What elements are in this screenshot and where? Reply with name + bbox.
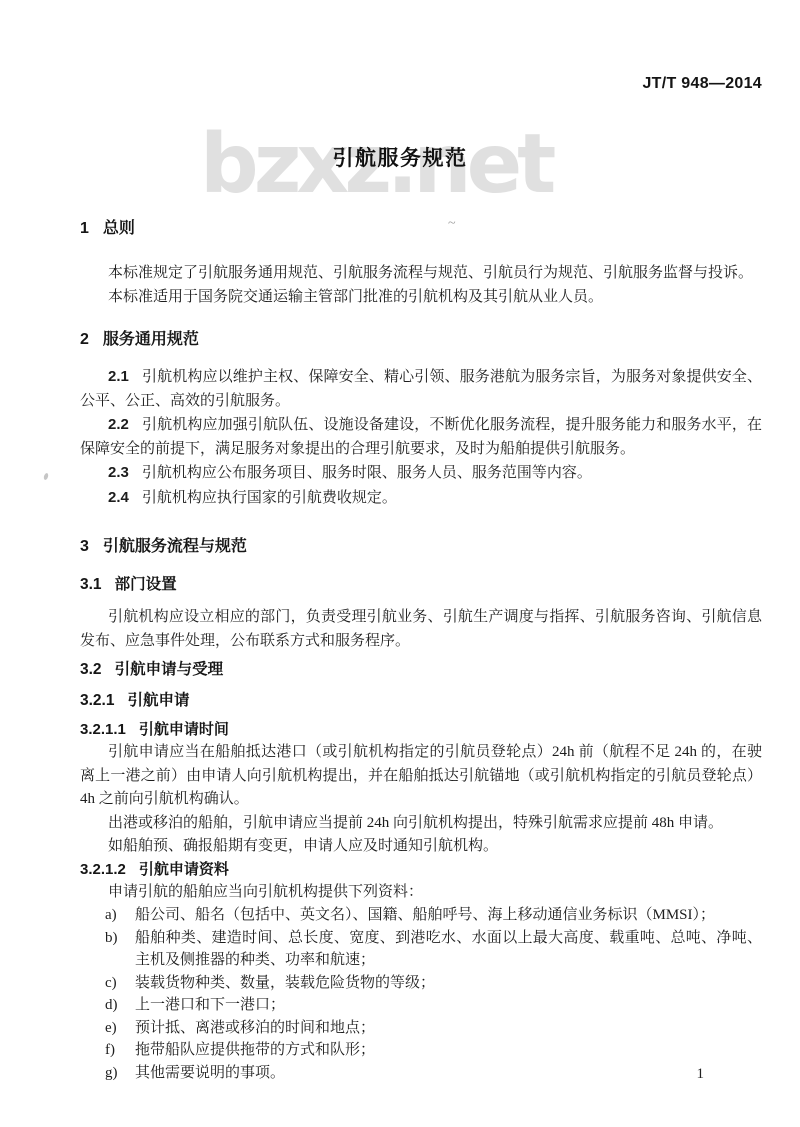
heading-number: 3.2.1.1 bbox=[80, 721, 126, 738]
section-heading-3: 3引航服务流程与规范 bbox=[80, 536, 762, 558]
document-page: bzxz.net ~ JT/T 948—2014 引航服务规范 1总则 本标准规… bbox=[0, 0, 800, 1127]
list-marker: b) bbox=[105, 927, 118, 950]
application-materials-list: a)船公司、船名（包括中、英文名）、国籍、船舶呼号、海上移动通信业务标识（MMS… bbox=[80, 904, 762, 1084]
subsection-heading-3-2-1-1: 3.2.1.1引航申请时间 bbox=[80, 719, 762, 741]
subsection-heading-3-2-1: 3.2.1引航申请 bbox=[80, 690, 762, 712]
list-item-b: b)船舶种类、建造时间、总长度、宽度、到港吃水、水面以上最大高度、载重吨、总吨、… bbox=[80, 927, 762, 972]
heading-number: 3 bbox=[80, 538, 89, 555]
heading-label: 引航申请 bbox=[127, 692, 189, 709]
list-item-text: 船公司、船名（包括中、英文名）、国籍、船舶呼号、海上移动通信业务标识（MMSI）… bbox=[135, 907, 715, 923]
list-marker: f) bbox=[105, 1039, 115, 1062]
paragraph-departments: 引航机构应设立相应的部门，负责受理引航业务、引航生产调度与指挥、引航服务咨询、引… bbox=[80, 606, 762, 653]
section-heading-2: 2服务通用规范 bbox=[80, 329, 762, 351]
heading-number: 3.2.1 bbox=[80, 692, 114, 709]
list-item-text: 船舶种类、建造时间、总长度、宽度、到港吃水、水面以上最大高度、载重吨、总吨、净吨… bbox=[135, 930, 762, 969]
list-item-text: 装载货物种类、数量，装载危险货物的等级； bbox=[135, 975, 435, 991]
heading-label: 部门设置 bbox=[115, 576, 177, 593]
page-number: 1 bbox=[697, 1066, 705, 1083]
clause-number: 2.2 bbox=[108, 416, 129, 433]
list-item-g: g)其他需要说明的事项。 bbox=[80, 1062, 762, 1085]
paragraph-application-time-3: 如船舶预、确报船期有变更，申请人应及时通知引航机构。 bbox=[80, 835, 762, 859]
list-item-e: e)预计抵、离港或移泊的时间和地点； bbox=[80, 1017, 762, 1040]
heading-label: 总则 bbox=[103, 220, 135, 237]
paragraph-application-time-1: 引航申请应当在船舶抵达港口（或引航机构指定的引航员登轮点）24h 前（航程不足 … bbox=[80, 741, 762, 812]
clause-number: 2.1 bbox=[108, 368, 129, 385]
list-marker: e) bbox=[105, 1017, 117, 1040]
list-item-a: a)船公司、船名（包括中、英文名）、国籍、船舶呼号、海上移动通信业务标识（MMS… bbox=[80, 904, 762, 927]
heading-label: 引航申请资料 bbox=[139, 861, 229, 878]
heading-label: 引航申请时间 bbox=[139, 721, 229, 738]
clause-text: 引航机构应以维护主权、保障安全、精心引领、服务港航为服务宗旨，为服务对象提供安全… bbox=[80, 369, 762, 409]
clause-2-3: 2.3引航机构应公布服务项目、服务时限、服务人员、服务范围等内容。 bbox=[80, 461, 762, 486]
heading-label: 引航服务流程与规范 bbox=[103, 538, 247, 555]
list-marker: c) bbox=[105, 972, 117, 995]
heading-number: 3.2.1.2 bbox=[80, 861, 126, 878]
paragraph-application-time-2: 出港或移泊的船舶，引航申请应当提前 24h 向引航机构提出，特殊引航需求应提前 … bbox=[80, 812, 762, 836]
standard-code: JT/T 948—2014 bbox=[642, 75, 762, 92]
list-item-d: d)上一港口和下一港口； bbox=[80, 994, 762, 1017]
heading-number: 1 bbox=[80, 220, 89, 237]
list-marker: a) bbox=[105, 904, 117, 927]
paragraph-applicability: 本标准适用于国务院交通运输主管部门批准的引航机构及其引航从业人员。 bbox=[80, 286, 762, 310]
subsection-heading-3-1: 3.1部门设置 bbox=[80, 574, 762, 596]
clause-number: 2.4 bbox=[108, 489, 129, 506]
clause-2-4: 2.4引航机构应执行国家的引航费收规定。 bbox=[80, 486, 762, 511]
list-item-text: 其他需要说明的事项。 bbox=[135, 1065, 285, 1081]
section-heading-1: 1总则 bbox=[80, 218, 762, 240]
document-title: 引航服务规范 bbox=[333, 144, 468, 174]
heading-number: 3.1 bbox=[80, 576, 102, 593]
title-row: 引航服务规范 bbox=[0, 144, 800, 176]
page-content: JT/T 948—2014 引航服务规范 1总则 本标准规定了引航服务通用规范、… bbox=[0, 0, 800, 1084]
clause-2-2: 2.2引航机构应加强引航队伍、设施设备建设，不断优化服务流程，提升服务能力和服务… bbox=[80, 413, 762, 461]
clause-2-1: 2.1引航机构应以维护主权、保障安全、精心引领、服务港航为服务宗旨，为服务对象提… bbox=[80, 365, 762, 413]
list-item-f: f)拖带船队应提供拖带的方式和队形； bbox=[80, 1039, 762, 1062]
heading-label: 服务通用规范 bbox=[103, 331, 199, 348]
clause-text: 引航机构应加强引航队伍、设施设备建设，不断优化服务流程，提升服务能力和服务水平，… bbox=[80, 417, 762, 457]
list-marker: g) bbox=[105, 1062, 118, 1085]
page-header: JT/T 948—2014 bbox=[80, 74, 762, 94]
heading-number: 3.2 bbox=[80, 661, 102, 678]
list-item-text: 预计抵、离港或移泊的时间和地点； bbox=[135, 1020, 375, 1036]
list-item-text: 拖带船队应提供拖带的方式和队形； bbox=[135, 1042, 375, 1058]
list-marker: d) bbox=[105, 994, 118, 1017]
list-item-c: c)装载货物种类、数量，装载危险货物的等级； bbox=[80, 972, 762, 995]
paragraph-materials-intro: 申请引航的船舶应当向引航机构提供下列资料： bbox=[80, 881, 762, 905]
paragraph-scope: 本标准规定了引航服务通用规范、引航服务流程与规范、引航员行为规范、引航服务监督与… bbox=[80, 262, 762, 286]
clause-text: 引航机构应执行国家的引航费收规定。 bbox=[142, 490, 397, 506]
list-item-text: 上一港口和下一港口； bbox=[135, 997, 285, 1013]
subsection-heading-3-2: 3.2引航申请与受理 bbox=[80, 659, 762, 681]
clause-number: 2.3 bbox=[108, 464, 129, 481]
subsection-heading-3-2-1-2: 3.2.1.2引航申请资料 bbox=[80, 859, 762, 881]
heading-number: 2 bbox=[80, 331, 89, 348]
clause-text: 引航机构应公布服务项目、服务时限、服务人员、服务范围等内容。 bbox=[142, 465, 592, 481]
heading-label: 引航申请与受理 bbox=[115, 661, 224, 678]
